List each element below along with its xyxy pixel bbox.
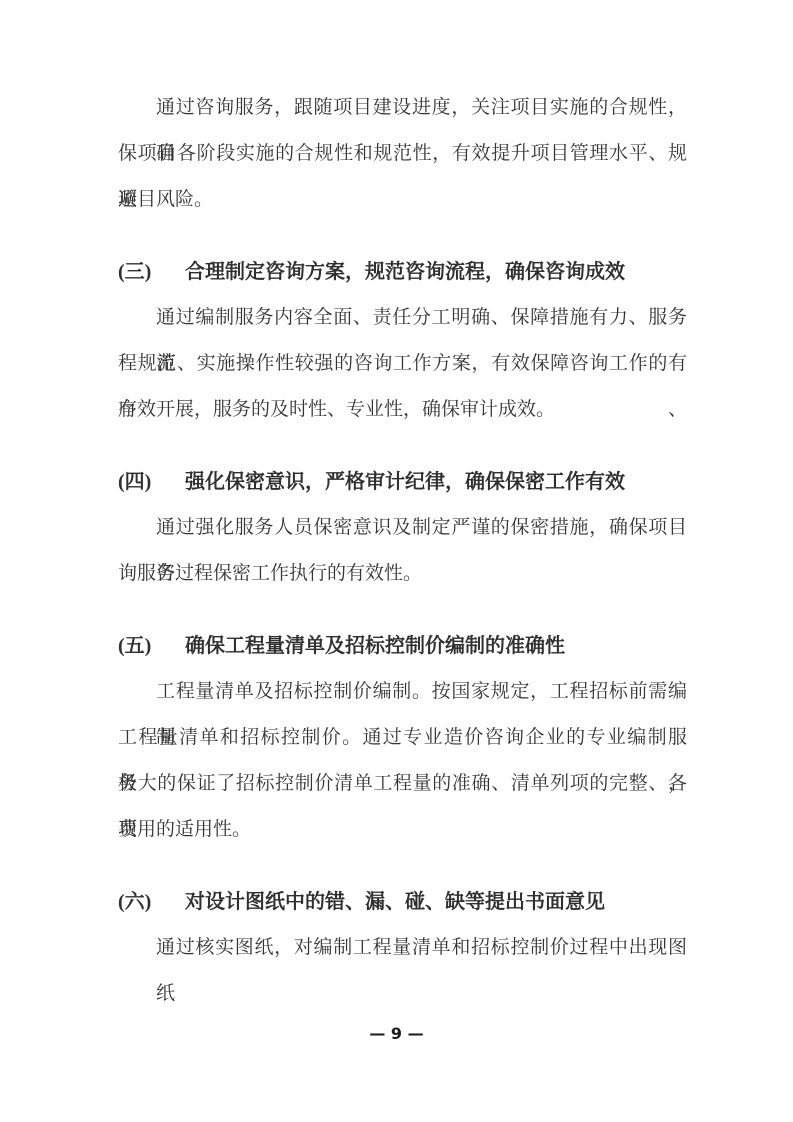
paragraph-line: 极大的保证了招标控制价清单工程量的准确、清单列项的完整、各项: [118, 761, 687, 807]
paragraph-line: 费用的适用性。: [118, 807, 687, 853]
paragraph-line: 通过强化服务人员保密意识及制定严谨的保密措施，确保项目咨: [118, 505, 687, 551]
section-label: (三): [118, 249, 185, 295]
paragraph-line: 通过咨询服务，跟随项目建设进度，关注项目实施的合规性，确: [118, 85, 687, 131]
intro-paragraph: 通过咨询服务，跟随项目建设进度，关注项目实施的合规性，确 保项目各阶段实施的合规…: [118, 85, 687, 223]
paragraph-line: 通过核实图纸，对编制工程量清单和招标控制价过程中出现图纸: [118, 925, 687, 971]
section-paragraph-3: 通过编制服务内容全面、责任分工明确、保障措施有力、服务流 程规范、实施操作性较强…: [118, 295, 687, 433]
paragraph-line: 询服务过程保密工作执行的有效性。: [118, 551, 687, 597]
paragraph-line: 程规范、实施操作性较强的咨询工作方案，有效保障咨询工作的有序、: [118, 341, 687, 387]
section-label: (六): [118, 879, 185, 925]
paragraph-line: 项目风险。: [118, 177, 687, 223]
section-paragraph-5: 工程量清单及招标控制价编制。按国家规定，工程招标前需编制 工程量清单和招标控制价…: [118, 669, 687, 853]
section-heading-6: (六) 对设计图纸中的错、漏、碰、缺等提出书面意见: [118, 879, 687, 925]
section-label: (五): [118, 623, 185, 669]
section-paragraph-6: 通过核实图纸，对编制工程量清单和招标控制价过程中出现图纸: [118, 925, 687, 971]
section-title: 对设计图纸中的错、漏、碰、缺等提出书面意见: [185, 879, 687, 925]
paragraph-line: 保项目各阶段实施的合规性和规范性，有效提升项目管理水平、规避: [118, 131, 687, 177]
document-page: 通过咨询服务，跟随项目建设进度，关注项目实施的合规性，确 保项目各阶段实施的合规…: [0, 0, 793, 1122]
paragraph-line: 工程量清单及招标控制价编制。按国家规定，工程招标前需编制: [118, 669, 687, 715]
section-heading-5: (五) 确保工程量清单及招标控制价编制的准确性: [118, 623, 687, 669]
section-title: 确保工程量清单及招标控制价编制的准确性: [185, 623, 687, 669]
section-label: (四): [118, 459, 185, 505]
paragraph-line: 通过编制服务内容全面、责任分工明确、保障措施有力、服务流: [118, 295, 687, 341]
section-paragraph-4: 通过强化服务人员保密意识及制定严谨的保密措施，确保项目咨 询服务过程保密工作执行…: [118, 505, 687, 597]
section-heading-4: (四) 强化保密意识，严格审计纪律，确保保密工作有效: [118, 459, 687, 505]
paragraph-line: 工程量清单和招标控制价。通过专业造价咨询企业的专业编制服务，: [118, 715, 687, 761]
section-title: 强化保密意识，严格审计纪律，确保保密工作有效: [185, 459, 687, 505]
section-title: 合理制定咨询方案，规范咨询流程，确保咨询成效: [185, 249, 687, 295]
page-number: — 9 —: [0, 1024, 793, 1044]
document-body: 通过咨询服务，跟随项目建设进度，关注项目实施的合规性，确 保项目各阶段实施的合规…: [118, 85, 687, 971]
section-heading-3: (三) 合理制定咨询方案，规范咨询流程，确保咨询成效: [118, 249, 687, 295]
